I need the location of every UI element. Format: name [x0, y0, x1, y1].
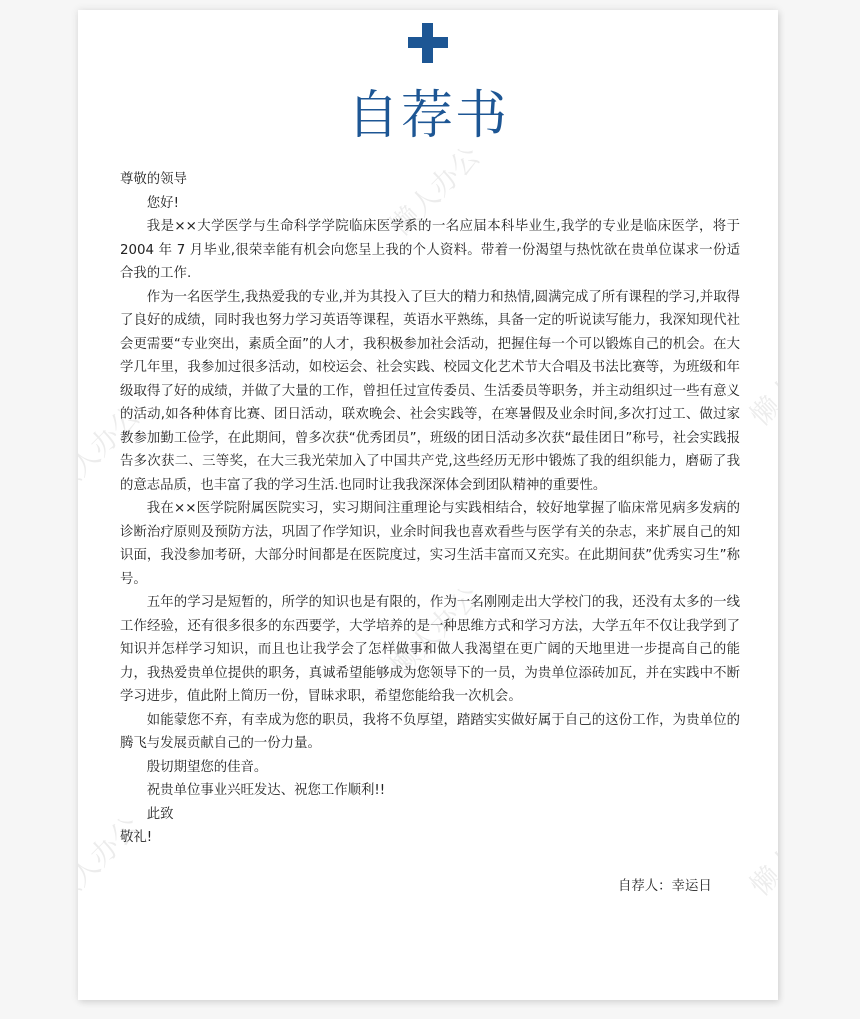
watermark: 懒人办公: [740, 326, 778, 433]
watermark: 懒人办公: [740, 796, 778, 903]
paragraph-aspiration: 五年的学习是短暂的，所学的知识也是有限的，作为一名刚刚走出大学校门的我，还没有太…: [120, 591, 740, 709]
salutation: 尊敬的领导: [120, 168, 740, 192]
regards: 敬礼!: [120, 826, 740, 850]
paragraph-activities: 作为一名医学生,我热爱我的专业,并为其投入了巨大的精力和热情,圆满完成了所有课程…: [120, 286, 740, 498]
closing-line: 祝贵单位事业兴旺发达、祝您工作顺利!!: [120, 779, 740, 803]
document-page: 懒人办公 懒人办公 懒人办公 懒人办公 懒人办公 懒人办公 自荐书 尊敬的领导 …: [78, 10, 778, 1000]
paragraph-commitment: 如能蒙您不弃，有幸成为您的职员，我将不负厚望，踏踏实实做好属于自己的这份工作，为…: [120, 709, 740, 756]
greeting: 您好!: [120, 192, 740, 216]
closing-line: 殷切期望您的佳音。: [120, 756, 740, 780]
document-title: 自荐书: [78, 84, 778, 148]
paragraph-intro: 我是××大学医学与生命科学学院临床医学系的一名应届本科毕业生,我学的专业是临床医…: [120, 215, 740, 286]
closing-line: 此致: [120, 803, 740, 827]
plus-cross-icon: [408, 23, 448, 63]
letter-body: 尊敬的领导 您好! 我是××大学医学与生命科学学院临床医学系的一名应届本科毕业生…: [120, 168, 740, 850]
signature: 自荐人：幸运日: [618, 875, 712, 894]
paragraph-internship: 我在××医学院附属医院实习，实习期间注重理论与实践相结合，较好地掌握了临床常见病…: [120, 497, 740, 591]
